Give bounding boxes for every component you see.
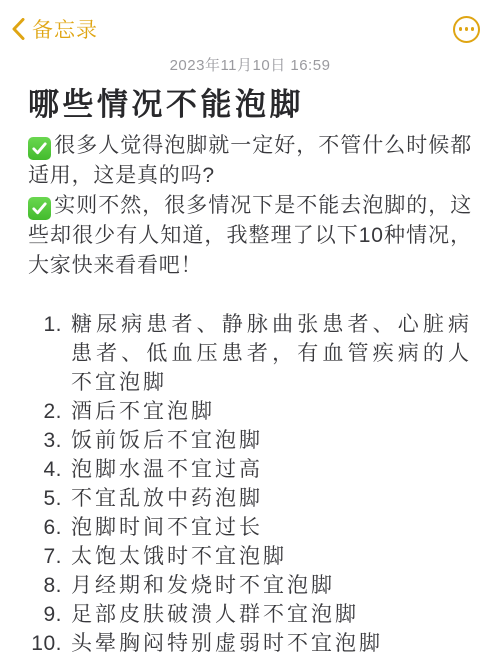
check-emoji-icon <box>28 137 51 160</box>
list-item-number: 4. <box>28 455 62 484</box>
nav-bar: 备忘录 <box>0 0 500 44</box>
list-item-number: 5. <box>28 484 62 513</box>
list-item: 4. 泡脚水温不宜过高 <box>28 455 472 484</box>
list-item-text: 月经期和发烧时不宜泡脚 <box>62 571 472 600</box>
note-paragraph: 实则不然，很多情况下是不能去泡脚的，这些却很少有人知道，我整理了以下10种情况，… <box>28 191 472 281</box>
list-item-text: 酒后不宜泡脚 <box>62 397 472 426</box>
list-item: 1. 糖尿病患者、静脉曲张患者、心脏病患者、低血压患者，有血管疾病的人不宜泡脚 <box>28 310 472 397</box>
list-item-number: 3. <box>28 426 62 455</box>
back-button-label: 备忘录 <box>32 14 98 44</box>
paragraph-text: 实则不然，很多情况下是不能去泡脚的，这些却很少有人知道，我整理了以下10种情况，… <box>28 194 472 277</box>
list-item: 5. 不宜乱放中药泡脚 <box>28 484 472 513</box>
list-item-text: 头晕胸闷特别虚弱时不宜泡脚 <box>62 629 472 655</box>
list-item: 7. 太饱太饿时不宜泡脚 <box>28 542 472 571</box>
list-item-number: 2. <box>28 397 62 426</box>
notes-app-screen: 备忘录 2023年11月10日 16:59 哪些情况不能泡脚 很多人觉得泡脚就一… <box>0 0 500 655</box>
list-item-text: 不宜乱放中药泡脚 <box>62 484 472 513</box>
list-item: 3. 饭前饭后不宜泡脚 <box>28 426 472 455</box>
list-item-text: 足部皮肤破溃人群不宜泡脚 <box>62 600 472 629</box>
list-item: 6. 泡脚时间不宜过长 <box>28 513 472 542</box>
list-item: 9. 足部皮肤破溃人群不宜泡脚 <box>28 600 472 629</box>
list-item-text: 饭前饭后不宜泡脚 <box>62 426 472 455</box>
list-item-number: 6. <box>28 513 62 542</box>
note-paragraph: 很多人觉得泡脚就一定好，不管什么时候都适用，这是真的吗? <box>28 131 472 191</box>
note-editor[interactable]: 哪些情况不能泡脚 很多人觉得泡脚就一定好，不管什么时候都适用，这是真的吗? 实则… <box>0 88 500 655</box>
check-emoji-icon <box>28 197 51 220</box>
list-item-number: 7. <box>28 542 62 571</box>
back-button[interactable]: 备忘录 <box>12 14 98 44</box>
more-options-button[interactable] <box>453 16 480 43</box>
list-item-text: 糖尿病患者、静脉曲张患者、心脏病患者、低血压患者，有血管疾病的人不宜泡脚 <box>62 310 472 397</box>
list-item-number: 10. <box>28 629 62 655</box>
ellipsis-icon <box>459 27 474 30</box>
list-item-text: 泡脚时间不宜过长 <box>62 513 472 542</box>
list-item-number: 1. <box>28 310 62 339</box>
list-item-number: 9. <box>28 600 62 629</box>
note-title: 哪些情况不能泡脚 <box>28 88 472 122</box>
back-chevron-icon <box>12 18 25 40</box>
list-item-number: 8. <box>28 571 62 600</box>
note-date: 2023年11月10日 16:59 <box>0 54 500 75</box>
list-item: 2. 酒后不宜泡脚 <box>28 397 472 426</box>
list-item-text: 太饱太饿时不宜泡脚 <box>62 542 472 571</box>
list-item-text: 泡脚水温不宜过高 <box>62 455 472 484</box>
list-item: 10. 头晕胸闷特别虚弱时不宜泡脚 <box>28 629 472 655</box>
paragraph-text: 很多人觉得泡脚就一定好，不管什么时候都适用，这是真的吗? <box>28 134 472 187</box>
list-item: 8. 月经期和发烧时不宜泡脚 <box>28 571 472 600</box>
note-list: 1. 糖尿病患者、静脉曲张患者、心脏病患者、低血压患者，有血管疾病的人不宜泡脚 … <box>28 310 472 655</box>
